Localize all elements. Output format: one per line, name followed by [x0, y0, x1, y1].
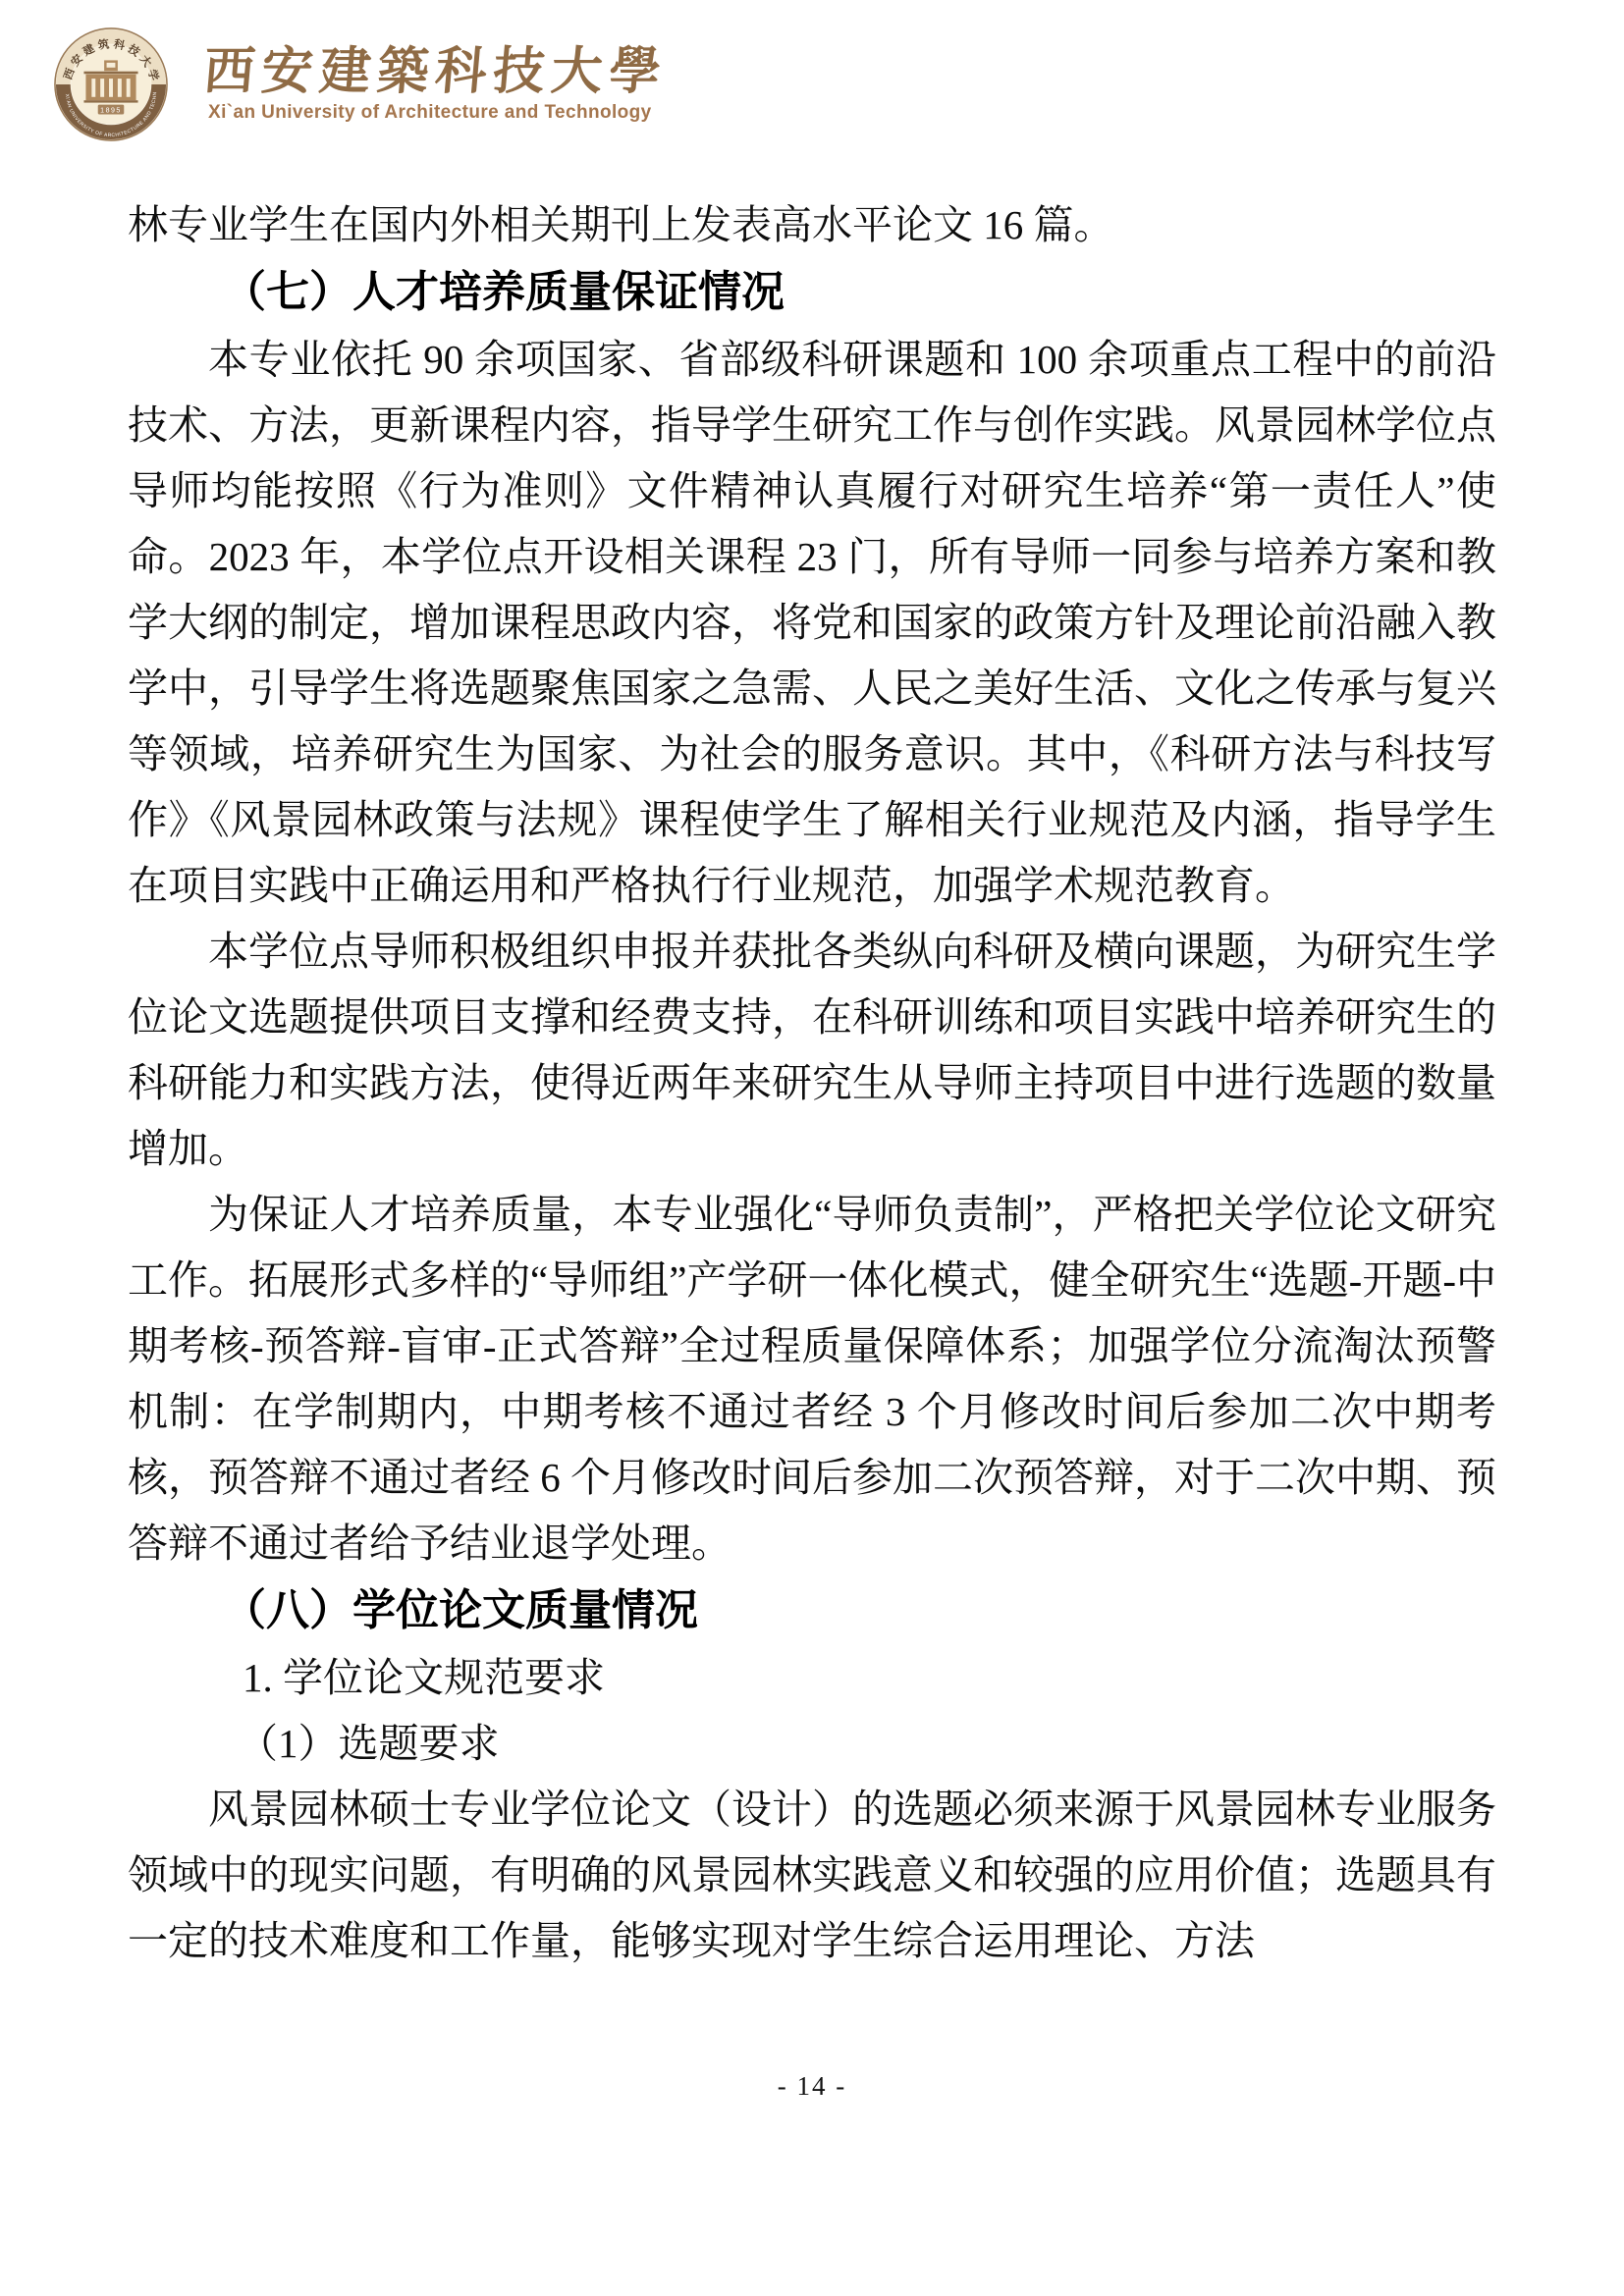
- section-8-heading: （八）学位论文质量情况: [128, 1576, 1496, 1645]
- subsection-heading: 1. 学位论文规范要求: [128, 1645, 1496, 1711]
- letterhead: 西安建筑科技大学 XI'AN UNIVERSITY OF ARCHITECTUR…: [0, 0, 1624, 167]
- paragraph: 本专业依托 90 余项国家、省部级科研课题和 100 余项重点工程中的前沿技术、…: [128, 327, 1496, 919]
- university-name-zh: 西安建築科技大學: [201, 29, 672, 103]
- paragraph-continuation: 林专业学生在国内外相关期刊上发表高水平论文 16 篇。: [128, 192, 1496, 258]
- paragraph: 为保证人才培养质量，本专业强化“导师负责制”，严格把关学位论文研究工作。拓展形式…: [128, 1182, 1496, 1576]
- page-number: - 14 -: [0, 2071, 1624, 2102]
- logo-founding-year: 1895: [100, 106, 122, 114]
- university-logo-icon: 西安建筑科技大学 XI'AN UNIVERSITY OF ARCHITECTUR…: [53, 27, 169, 142]
- paragraph: 风景园林硕士专业学位论文（设计）的选题必须来源于风景园林专业服务领域中的现实问题…: [128, 1777, 1496, 1974]
- section-7-heading: （七）人才培养质量保证情况: [128, 258, 1496, 327]
- paragraph: 本学位点导师积极组织申报并获批各类纵向科研及横向课题，为研究生学位论文选题提供项…: [128, 919, 1496, 1182]
- document-body: 林专业学生在国内外相关期刊上发表高水平论文 16 篇。 （七）人才培养质量保证情…: [128, 192, 1496, 1974]
- university-name-en: Xi`an University of Architecture and Tec…: [208, 102, 652, 124]
- document-page: 西安建筑科技大学 XI'AN UNIVERSITY OF ARCHITECTUR…: [0, 0, 1624, 2296]
- subsection-item-heading: （1）选题要求: [128, 1711, 1496, 1777]
